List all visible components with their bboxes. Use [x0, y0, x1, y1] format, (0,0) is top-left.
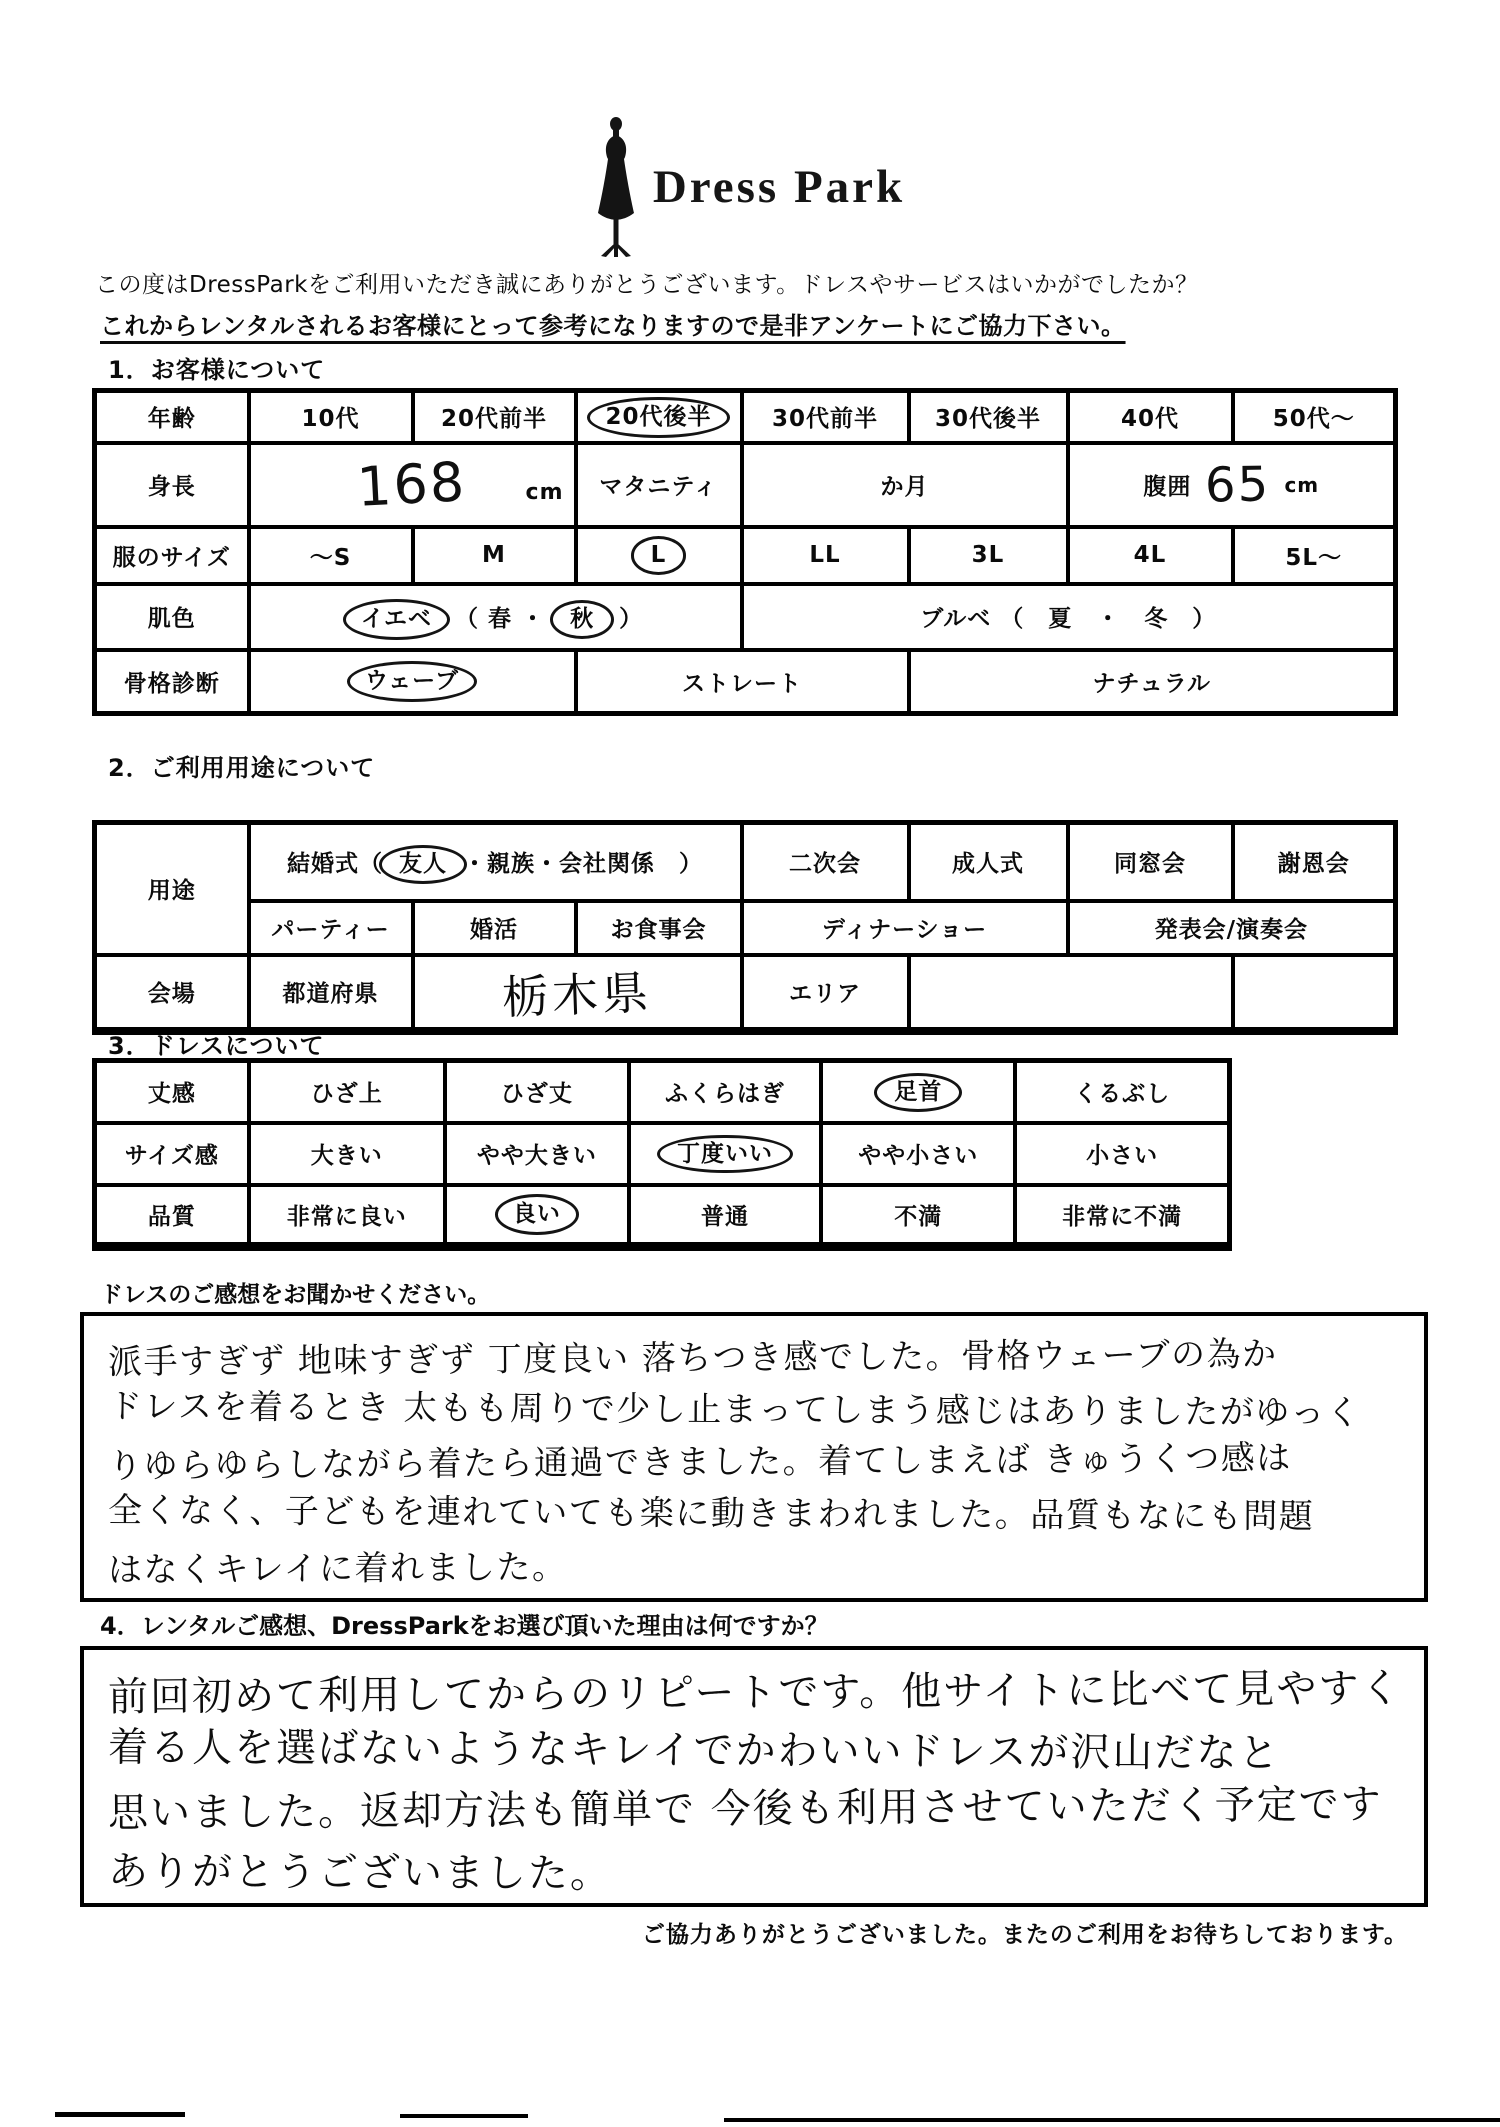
size-selected-circle: L — [631, 536, 687, 575]
skeleton-label: 骨格診断 — [95, 650, 249, 714]
skin-label: 肌色 — [95, 584, 249, 650]
waist-cell: 腹囲 65 cm — [1068, 443, 1396, 527]
age-option-30s-early: 30代前半 — [742, 391, 909, 443]
size-row: 服のサイズ ～S M L LL 3L 4L 5L～ — [95, 527, 1396, 584]
age-option-30s-late: 30代後半 — [909, 391, 1068, 443]
skin-paren-open: （ — [455, 606, 479, 632]
skin-tone-row: 肌色 イエベ （ 春 ・ 秋 ） ブルベ （ 夏 ・ 冬 ） — [95, 584, 1396, 650]
handwritten-line: 派手すぎず 地味すぎず 丁度良い 落ちつき感でした。骨格ウェーブの為か — [108, 1327, 1404, 1388]
length-option-knee: ひざ丈 — [445, 1061, 629, 1123]
skeleton-option-natural: ナチュラル — [909, 650, 1396, 714]
usage-row-2: パーティー 婚活 お食事会 ディナーショー 発表会/演奏会 — [95, 901, 1396, 955]
brand-logo: Dress Park — [0, 116, 1500, 258]
size-option-4l: 4L — [1068, 527, 1233, 584]
quality-option-dissatisfied: 不満 — [821, 1185, 1015, 1247]
questionnaire-page: Dress Park この度はDressParkをご利用いただき誠にありがとうご… — [0, 0, 1500, 2127]
section1-title: 1．お客様について — [108, 350, 325, 385]
dress-form-icon — [595, 116, 637, 258]
handwritten-line: 全くなく、子どもを連れていても楽に動きまわれました。品質もなにも問題 — [108, 1485, 1404, 1544]
skeleton-row: 骨格診断 ウェーブ ストレート ナチュラル — [95, 650, 1396, 714]
age-option-20s-early: 20代前半 — [413, 391, 576, 443]
age-option-40s: 40代 — [1068, 391, 1233, 443]
handwritten-line: はなくキレイに着れました。 — [108, 1535, 1404, 1596]
usage-row-1: 用途 結婚式（友人・親族・会社関係 ） 二次会 成人式 同窓会 謝恩会 — [95, 823, 1396, 901]
venue-label: 会場 — [95, 955, 249, 1031]
size-option-m: M — [413, 527, 576, 584]
age-selected-circle: 20代後半 — [587, 397, 729, 438]
maternity-months-cell: か月 — [742, 443, 1068, 527]
size-option-s: ～S — [249, 527, 413, 584]
usage-option-dinner-meal: お食事会 — [576, 901, 742, 955]
quality-option-very-good: 非常に良い — [249, 1185, 445, 1247]
usage-option-thanks-party: 謝恩会 — [1233, 823, 1396, 901]
scan-artifact-line — [55, 2112, 185, 2117]
fit-option-slightly-small: やや小さい — [821, 1123, 1015, 1185]
handwritten-line: りゆらゆらしながら着たら通過できました。着てしまえば きゅうくつ感は — [108, 1431, 1404, 1492]
dress-rating-table: 丈感 ひざ上 ひざ丈 ふくらはぎ 足首 くるぶし サイズ感 大きい やや大きい … — [92, 1058, 1232, 1251]
height-value-cell: 168 cm — [249, 443, 576, 527]
fit-option-just-right: 丁度いい — [629, 1123, 821, 1185]
waist-value-handwritten: 65 — [1205, 456, 1271, 513]
skin-autumn-circle: 秋 — [550, 600, 614, 639]
usage-option-party: パーティー — [249, 901, 413, 955]
length-selected-circle: 足首 — [874, 1073, 962, 1112]
handwritten-line: 思いました。返却方法も簡単で 今後も利用させていただく予定です — [108, 1775, 1404, 1842]
skeleton-option-wave: ウェーブ — [249, 650, 576, 714]
height-unit: cm — [526, 480, 564, 505]
usage-wedding-cell: 結婚式（友人・親族・会社関係 ） — [249, 823, 742, 901]
scan-artifact-line — [400, 2114, 528, 2118]
length-option-anklebone: くるぶし — [1015, 1061, 1229, 1123]
height-row: 身長 168 cm マタニティ か月 腹囲 65 cm — [95, 443, 1396, 527]
prefecture-handwritten: 栃木県 — [501, 956, 653, 1027]
usage-label: 用途 — [95, 823, 249, 955]
quality-option-good: 良い — [445, 1185, 629, 1247]
dress-feedback-box: 派手すぎず 地味すぎず 丁度良い 落ちつき感でした。骨格ウェーブの為か ドレスを… — [80, 1312, 1428, 1602]
usage-option-recital: 発表会/演奏会 — [1068, 901, 1396, 955]
skin-dot: ・ — [521, 606, 545, 632]
quality-option-very-dissatisfied: 非常に不満 — [1015, 1185, 1229, 1247]
skin-yellow-base-cell: イエベ （ 春 ・ 秋 ） — [249, 584, 742, 650]
size-option-3l: 3L — [909, 527, 1068, 584]
quality-label: 品質 — [95, 1185, 249, 1247]
wedding-prefix: 結婚式（ — [287, 851, 383, 877]
skin-blbe: ブルベ — [920, 606, 991, 632]
skin-paren-close: ） — [619, 606, 643, 632]
wedding-rest: ・親族・会社関係 ） — [463, 851, 703, 877]
venue-row: 会場 都道府県 栃木県 エリア — [95, 955, 1396, 1031]
size-label: 服のサイズ — [95, 527, 249, 584]
skin-spring: 春 — [488, 606, 512, 632]
usage-option-konkatsu: 婚活 — [413, 901, 576, 955]
length-option-calf: ふくらはぎ — [629, 1061, 821, 1123]
fit-row: サイズ感 大きい やや大きい 丁度いい やや小さい 小さい — [95, 1123, 1230, 1185]
fit-label: サイズ感 — [95, 1123, 249, 1185]
prefecture-value-cell: 栃木県 — [413, 955, 742, 1031]
handwritten-line: 着る人を選ばないようなキレイでかわいいドレスが沢山だなと — [108, 1719, 1404, 1784]
size-option-5l: 5L～ — [1233, 527, 1396, 584]
area-label: エリア — [742, 955, 909, 1031]
waist-label: 腹囲 — [1143, 468, 1191, 501]
intro-request-text: これからレンタルされるお客様にとって参考になりますので是非アンケートにご協力下さ… — [100, 306, 1126, 341]
maternity-label: マタニティ — [576, 443, 742, 527]
area-value-cell — [909, 955, 1233, 1031]
fit-option-slightly-large: やや大きい — [445, 1123, 629, 1185]
fit-option-large: 大きい — [249, 1123, 445, 1185]
waist-unit: cm — [1284, 473, 1319, 497]
length-option-ankle: 足首 — [821, 1061, 1015, 1123]
age-row: 年齢 10代 20代前半 20代後半 30代前半 30代後半 40代 50代～ — [95, 391, 1396, 443]
length-row: 丈感 ひざ上 ひざ丈 ふくらはぎ 足首 くるぶし — [95, 1061, 1230, 1123]
customer-info-table: 年齢 10代 20代前半 20代後半 30代前半 30代後半 40代 50代～ … — [92, 388, 1398, 716]
skin-blbe-detail: （ 夏 ・ 冬 ） — [1000, 606, 1216, 632]
skin-blue-base-cell: ブルベ （ 夏 ・ 冬 ） — [742, 584, 1396, 650]
length-option-above-knee: ひざ上 — [249, 1061, 445, 1123]
height-value-handwritten: 168 — [356, 450, 468, 519]
length-label: 丈感 — [95, 1061, 249, 1123]
usage-option-coming-of-age: 成人式 — [909, 823, 1068, 901]
size-option-l: L — [576, 527, 742, 584]
usage-table: 用途 結婚式（友人・親族・会社関係 ） 二次会 成人式 同窓会 謝恩会 パーティ… — [92, 820, 1398, 1035]
rental-feedback-box: 前回初めて利用してからのリピートです。他サイトに比べて見やすく 着る人を選ばない… — [80, 1646, 1428, 1907]
section3-title: 3．ドレスについて — [108, 1026, 325, 1061]
handwritten-line: ドレスを着るとき 太もも周りで少し止まってしまう感じはありましたがゆっく — [108, 1381, 1404, 1440]
brand-name: Dress Park — [653, 160, 905, 214]
fit-selected-circle: 丁度いい — [657, 1135, 793, 1174]
usage-option-afterparty: 二次会 — [742, 823, 909, 901]
quality-row: 品質 非常に良い 良い 普通 不満 非常に不満 — [95, 1185, 1230, 1247]
rental-feedback-prompt: 4．レンタルご感想、DressParkをお選び頂いた理由は何ですか？ — [100, 1606, 829, 1641]
usage-option-reunion: 同窓会 — [1068, 823, 1233, 901]
section2-title: 2．ご利用用途について — [108, 748, 375, 783]
scan-artifact-line — [724, 2118, 1500, 2122]
fit-option-small: 小さい — [1015, 1123, 1229, 1185]
handwritten-line: 前回初めて利用してからのリピートです。他サイトに比べて見やすく — [108, 1659, 1404, 1726]
quality-option-normal: 普通 — [629, 1185, 821, 1247]
age-option-50s: 50代～ — [1233, 391, 1396, 443]
handwritten-line: ありがとうございました。 — [108, 1835, 1404, 1916]
skeleton-selected-circle: ウェーブ — [347, 661, 477, 702]
table-outside-spacer — [1233, 955, 1396, 1031]
usage-option-dinner-show: ディナーショー — [742, 901, 1068, 955]
dress-feedback-prompt: ドレスのご感想をお聞かせください。 — [100, 1276, 490, 1309]
age-option-20s-late: 20代後半 — [576, 391, 742, 443]
age-option-10s: 10代 — [249, 391, 413, 443]
closing-thanks-text: ご協力ありがとうございました。またのご利用をお待ちしております。 — [0, 1916, 1408, 1949]
age-label: 年齢 — [95, 391, 249, 443]
skeleton-option-straight: ストレート — [576, 650, 909, 714]
prefecture-label: 都道府県 — [249, 955, 413, 1031]
size-option-ll: LL — [742, 527, 909, 584]
intro-text: この度はDressParkをご利用いただき誠にありがとうございます。ドレスやサー… — [95, 266, 1198, 299]
quality-selected-circle: 良い — [495, 1194, 579, 1235]
height-label: 身長 — [95, 443, 249, 527]
skin-yebe-circle: イエベ — [343, 599, 450, 640]
wedding-friend-circle: 友人 — [379, 845, 467, 884]
